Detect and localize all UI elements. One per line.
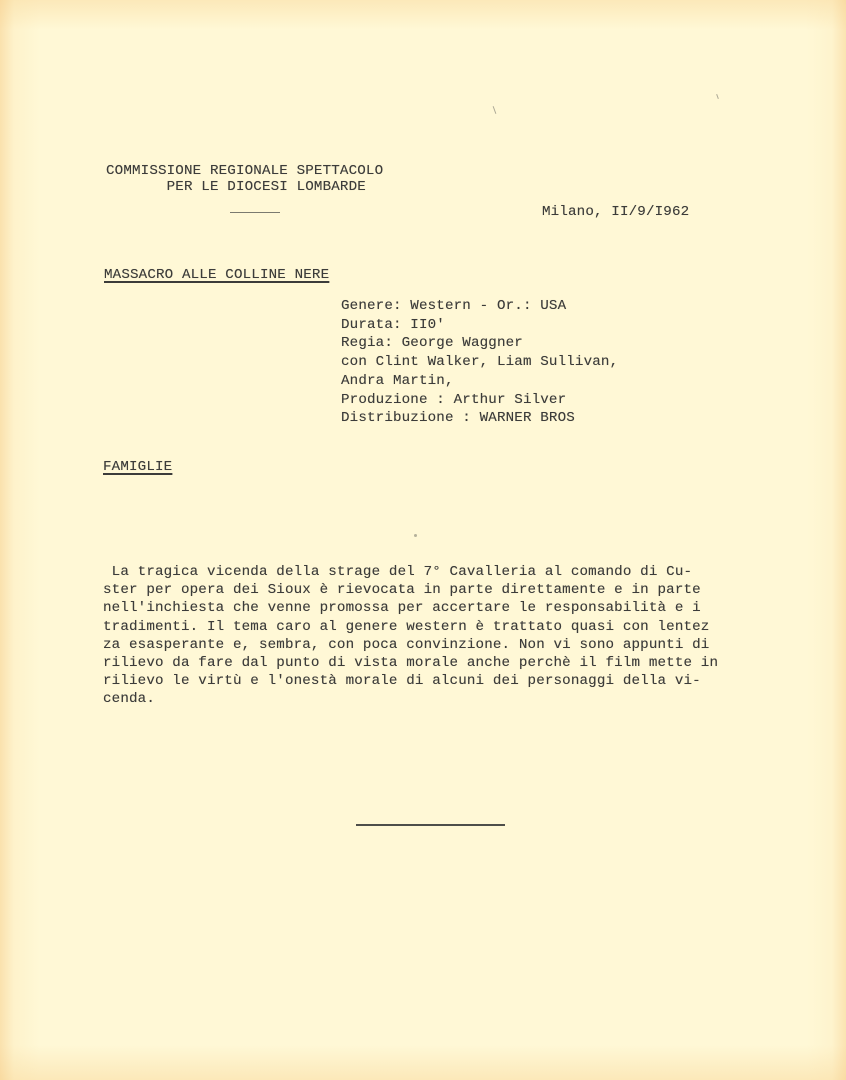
credit-line: Regia: George Waggner	[341, 335, 523, 351]
paper-speck	[414, 534, 417, 537]
credit-line: Distribuzione : WARNER BROS	[341, 410, 575, 426]
review-line: tradimenti. Il tema caro al genere weste…	[103, 619, 709, 635]
credit-line: Genere: Western - Or.: USA	[341, 298, 566, 314]
organization-heading: COMMISSIONE REGIONALE SPETTACOLO PER LE …	[106, 163, 383, 195]
credit-line: con Clint Walker, Liam Sullivan,	[341, 354, 618, 370]
organization-line: PER LE DIOCESI LOMBARDE	[106, 179, 366, 195]
review-line: za esasperante e, sembra, con poca convi…	[103, 637, 709, 653]
audience-rating: FAMIGLIE	[103, 460, 172, 475]
header-divider	[230, 212, 280, 213]
review-line: rilievo le virtù e l'onestà morale di al…	[103, 673, 701, 689]
film-credits: Genere: Western - Or.: USA Durata: II0' …	[341, 297, 618, 428]
film-title: MASSACRO ALLE COLLINE NERE	[104, 268, 329, 283]
organization-line: COMMISSIONE REGIONALE SPETTACOLO	[106, 163, 383, 179]
review-line: nell'inchiesta che venne promossa per ac…	[103, 600, 701, 616]
review-line: La tragica vicenda della strage del 7° C…	[103, 564, 692, 580]
review-paragraph: La tragica vicenda della strage del 7° C…	[103, 563, 718, 709]
paper-background	[0, 0, 846, 1080]
credit-line: Produzione : Arthur Silver	[341, 392, 566, 408]
credit-line: Andra Martin,	[341, 373, 454, 389]
document-date: Milano, II/9/I962	[542, 205, 689, 220]
review-line: ster per opera dei Sioux è rievocata in …	[103, 582, 701, 598]
review-line: cenda.	[103, 691, 155, 707]
closing-divider	[356, 824, 505, 826]
review-line: rilievo da fare dal punto di vista moral…	[103, 655, 718, 671]
credit-line: Durata: II0'	[341, 317, 445, 333]
